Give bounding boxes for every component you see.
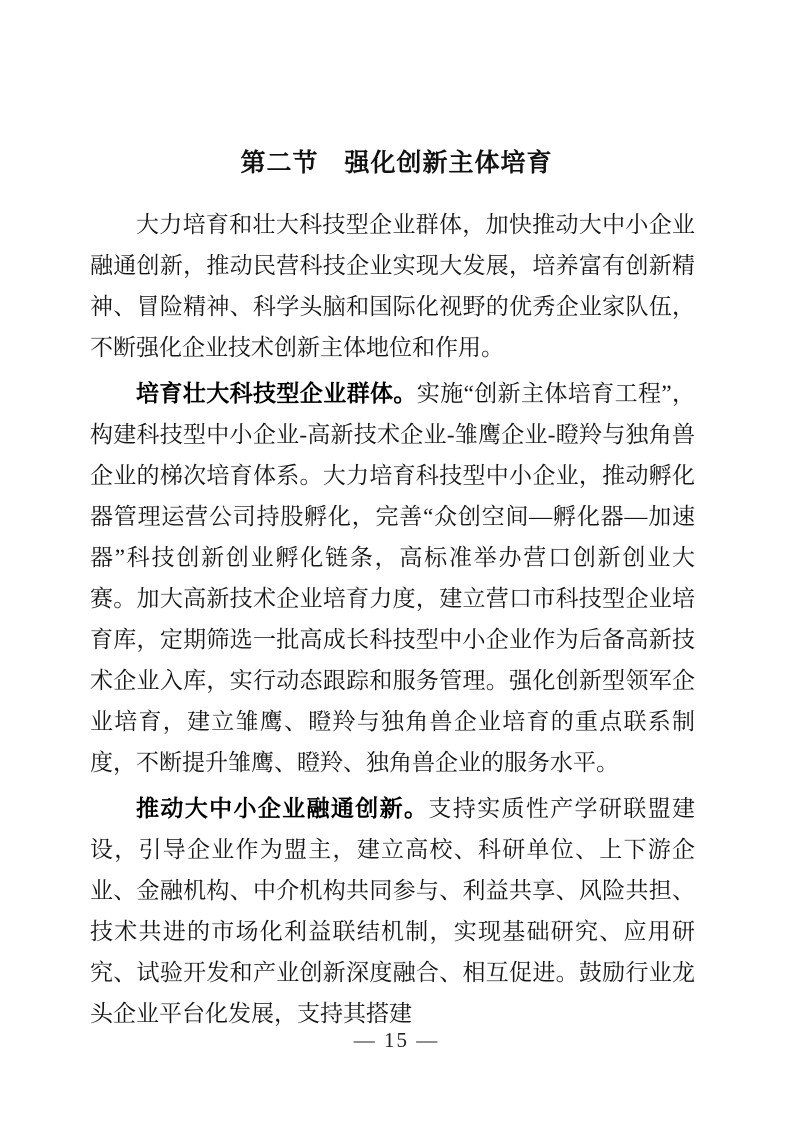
document-body: 大力培育和壮大科技型企业群体，加快推动大中小企业融通创新，推动民营科技企业实现大… bbox=[90, 204, 695, 1034]
paragraph: 推动大中小企业融通创新。支持实质性产学研联盟建设，引导企业作为盟主，建立高校、科… bbox=[90, 788, 695, 1034]
section-title: 第二节 强化创新主体培育 bbox=[0, 0, 793, 179]
paragraph-lead: 推动大中小企业融通创新。 bbox=[136, 795, 428, 821]
paragraph-text: 支持实质性产学研联盟建设，引导企业作为盟主，建立高校、科研单位、上下游企业、金融… bbox=[90, 796, 695, 1026]
paragraph-lead: 培育壮大科技型企业群体。 bbox=[136, 380, 417, 406]
paragraph: 大力培育和壮大科技型企业群体，加快推动大中小企业融通创新，推动民营科技企业实现大… bbox=[90, 204, 695, 368]
paragraph-text: 大力培育和壮大科技型企业群体，加快推动大中小企业融通创新，推动民营科技企业实现大… bbox=[90, 212, 695, 360]
paragraph-text: 实施“创新主体培育工程”，构建科技型中小企业-高新技术企业-雏鹰企业-瞪羚与独角… bbox=[90, 381, 695, 775]
document-page: 第二节 强化创新主体培育 大力培育和壮大科技型企业群体，加快推动大中小企业融通创… bbox=[0, 0, 793, 1122]
paragraph: 培育壮大科技型企业群体。实施“创新主体培育工程”，构建科技型中小企业-高新技术企… bbox=[90, 373, 695, 783]
page-number: — 15 — bbox=[0, 1028, 793, 1053]
